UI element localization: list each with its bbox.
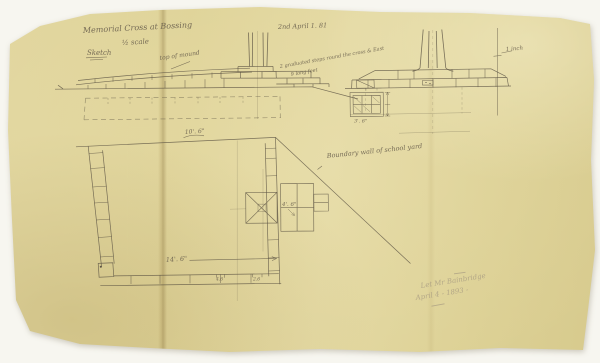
detail-connectors (366, 88, 377, 92)
steps-annotation-line2: 9 long feet (290, 67, 319, 78)
boundary-wall-label: Boundary wall of school yard (325, 142, 422, 160)
foundation-detail-plan (350, 88, 390, 116)
sheet-label: Sketch (87, 49, 111, 57)
corner-block (98, 263, 114, 277)
kerb-dimension-b: 2.6 (252, 277, 260, 283)
plan-width-dimension: 14'. 6" (166, 255, 188, 264)
coping-joints-lower (88, 79, 224, 89)
foundation-dashed-outline (84, 96, 281, 119)
date-note: 2nd April 1. 81 (277, 21, 328, 31)
base-step-extension (314, 194, 329, 211)
scale-note: ½ scale (122, 38, 149, 47)
kerb-dimension-a: 4.6 (215, 277, 223, 283)
plan-scale-note: 10'. 6" (185, 128, 205, 136)
margin-scale-label: 1 inch (506, 45, 524, 53)
cross-base-dimension: 4'. 6" (281, 202, 297, 208)
paper-sheet: Memorial Cross at Bossing ½ scale Sketch… (0, 0, 600, 363)
base-dim-leader (288, 209, 295, 216)
left-elevation-section (55, 31, 358, 120)
drawing-linework: Memorial Cross at Bossing ½ scale Sketch… (0, 0, 600, 363)
corner-anchor-dot (100, 266, 102, 268)
right-wall (265, 137, 280, 284)
cross-shafts (249, 33, 268, 67)
foundation-detail-dimension: 3'. 6" (354, 119, 367, 125)
boundary-label-leader (318, 166, 323, 170)
plinth-and-courses (345, 69, 511, 89)
mound-label: top of mound (159, 49, 200, 62)
lower-dashed-verticals (366, 87, 463, 113)
scanned-drawing: Memorial Cross at Bossing ½ scale Sketch… (0, 0, 600, 363)
detail-dimension-line (385, 92, 390, 116)
paper-wrapper: Memorial Cross at Bossing ½ scale Sketch… (0, 0, 600, 363)
drawing-title: Memorial Cross at Bossing (82, 20, 193, 35)
hatched-end-block (357, 80, 375, 88)
left-wall (88, 146, 114, 267)
lower-faint-lines (350, 113, 471, 134)
right-elevation (345, 28, 512, 134)
sheet-label-underline (86, 57, 107, 60)
plan-top-line (76, 137, 276, 146)
site-plan (76, 135, 411, 301)
cross-base-square (246, 192, 278, 223)
plan-width-dim-line (190, 257, 277, 261)
shaft-base-block (423, 81, 434, 86)
detail-inner-rect (353, 95, 381, 113)
steps-annotation-line1: 2 graduated steps round the cross & East (278, 45, 385, 70)
left-wall-joints (89, 153, 113, 257)
mound-leader-line (171, 62, 190, 70)
